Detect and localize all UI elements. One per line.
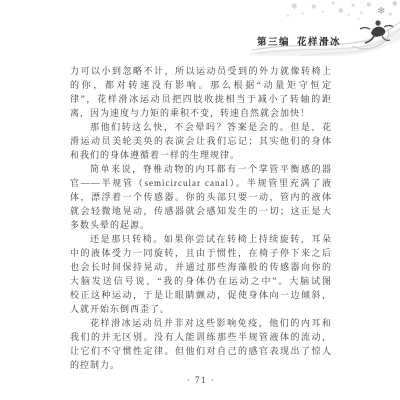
page-number: · 71 · [70, 375, 332, 385]
text-line: 人就开始东倒西歪了。 [70, 302, 332, 316]
chapter-heading: 第三编花样滑冰 [257, 34, 341, 48]
text-line: 简单来说，脊椎动物的内耳都有一个掌管平衡感的器 [70, 162, 332, 176]
page-body: 力可以小到忽略不计，所以运动员受到的外力就像转椅上 的你，都对转速没有影响。那么… [70, 64, 332, 372]
chapter-label: 第三编 [257, 38, 290, 48]
text-line: 力可以小到忽略不计，所以运动员受到的外力就像转椅上 [70, 64, 332, 78]
text-line: 我们的并无区别。没有人能训练那些半规管液体的流动， [70, 330, 332, 344]
page-header: ❄ ❄ ❄ ❄ ❄ ❄ ❄ ❄ ❄ ❄ ❄ ❄ ❄ ❄ ❄ 第三编花样滑冰 [0, 0, 400, 60]
text-line: 的你，都对转速没有影响。那么根据“动量矩守恒定 [70, 78, 332, 92]
text-line: 大脑发送信号说，“我的身体仍在运动之中”。大脑试图 [70, 274, 332, 288]
text-line: 多数头晕的起源。 [70, 218, 332, 232]
text-line: 中的液体受力一同旋转，且由于惯性，在椅子停下来之后 [70, 246, 332, 260]
text-line: 让它们不守惯性定律。但他们对自己的感官表现出了惊人 [70, 344, 332, 358]
text-line: 滑运动员美轮美奂的表演会让我们忘记；其实他们的身体 [70, 134, 332, 148]
text-line: 和我们的身体遵循着一样的生理规律。 [70, 148, 332, 162]
book-page: ❄ ❄ ❄ ❄ ❄ ❄ ❄ ❄ ❄ ❄ ❄ ❄ ❄ ❄ ❄ 第三编花样滑冰 力可… [0, 0, 400, 400]
text-line: 的控制力。 [70, 358, 332, 372]
text-line: 体，漂浮着一个传感器。你的头部只要一动，管内的液体 [70, 190, 332, 204]
text-line: 律”，花样滑冰运动员把四肢收拢相当于减小了转轴的距 [70, 92, 332, 106]
text-line: 花样滑冰运动员并非对这些影响免疫，他们的内耳和 [70, 316, 332, 330]
chapter-title: 花样滑冰 [297, 38, 341, 48]
text-line: 离，因为速度与力矩的乘积不变，转速自然就会加快！ [70, 106, 332, 120]
text-line: 就会轻微地晃动，传感器就会感知发生的一切；这正是大 [70, 204, 332, 218]
text-line: 校正这种运动，于是让眼睛颤动，促使身体向一边倾斜， [70, 288, 332, 302]
text-line: 那他们转这么快，不会晕吗？答案是会的。但是，花 [70, 120, 332, 134]
text-line: 官——半规管（semicircular canal）。半规管里充满了液 [70, 176, 332, 190]
text-line: 也会长时间保持晃动，并通过那些海藻般的传感器向你的 [70, 260, 332, 274]
text-line: 还是那只转椅。如果你尝试在转椅上持续旋转，耳朵 [70, 232, 332, 246]
header-decoration [0, 0, 400, 60]
